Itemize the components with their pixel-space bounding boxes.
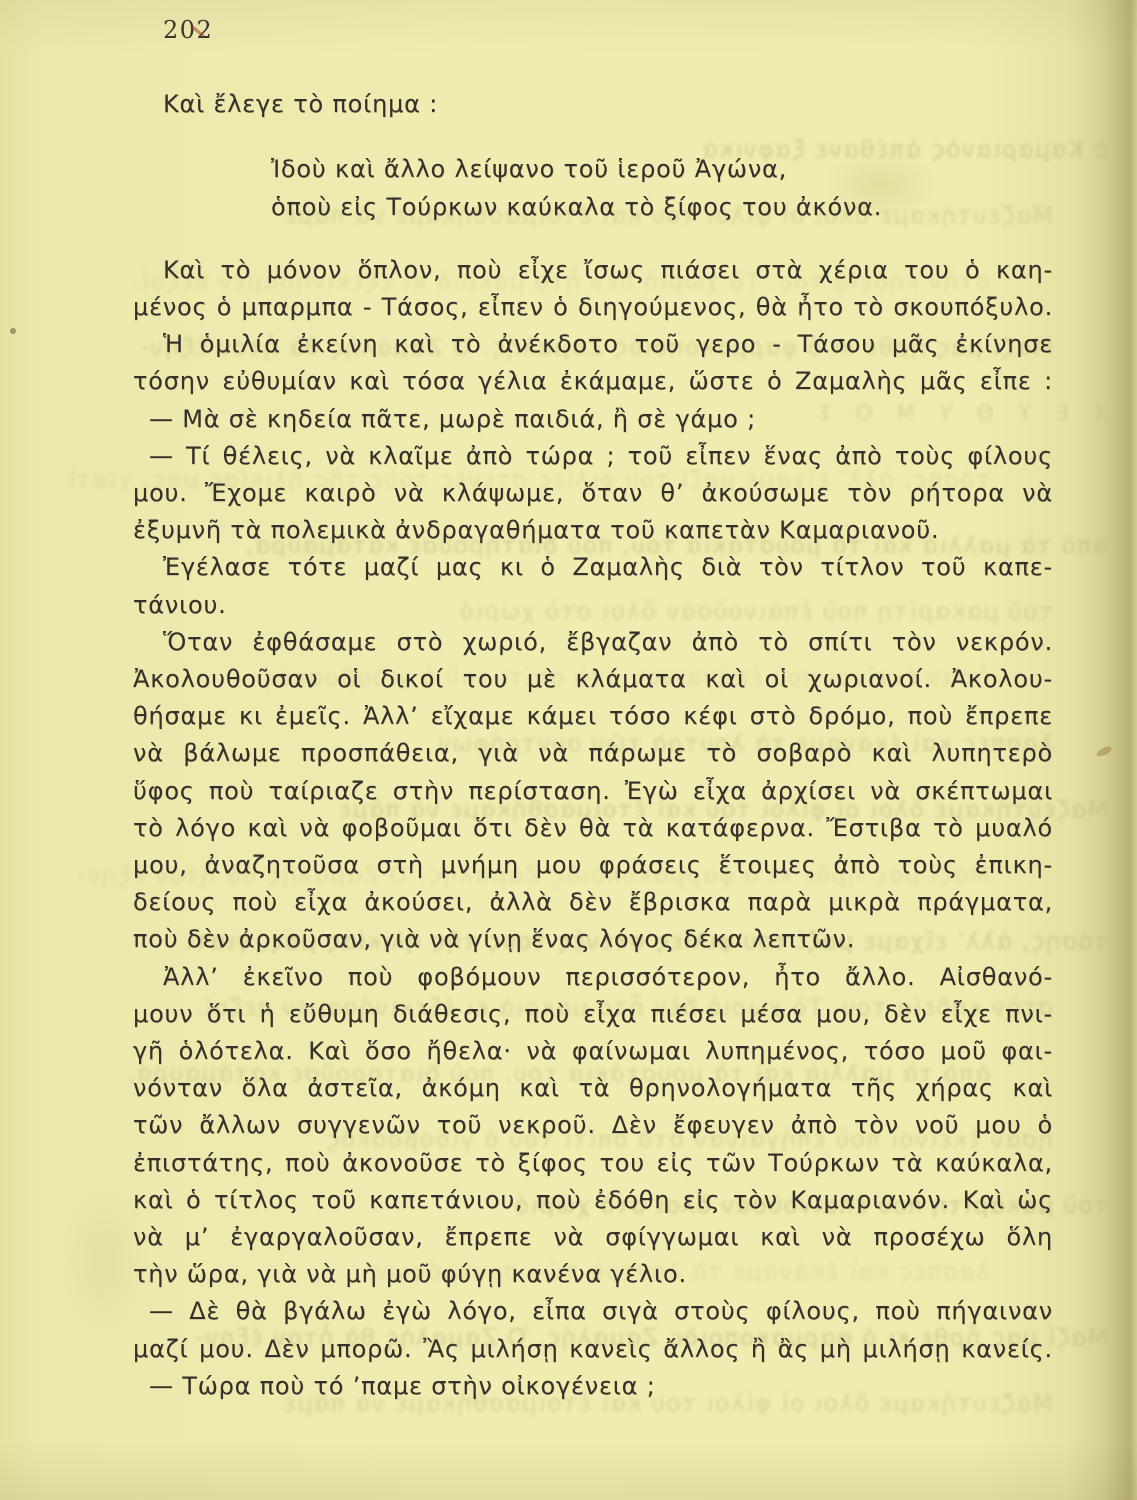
dialogue-line: — Τί θέλεις, νὰ κλαῖμε ἀπὸ τώρα ; τοῦ εἶ… (133, 438, 1053, 475)
page-text-column: Καὶ ἔλεγε τὸ ποίημα : Ἰδοὺ καὶ ἄλλο λείψ… (133, 86, 1053, 1405)
text-line: τάνιου. (133, 587, 1053, 624)
scanned-book-page: ὁ Καμαριανὸς ἀπέθανε ξαφνικά Μαζευτήκαμε… (0, 0, 1137, 1500)
text-line: τὴν ὥρα, γιὰ νὰ μὴ μοῦ φύγῃ κανένα γέλιο… (133, 1256, 1053, 1293)
text-line: Ἀκολουθοῦσαν οἱ δικοί του μὲ κλάματα καὶ… (133, 661, 1053, 698)
text-line: καὶ ὁ τίτλος τοῦ καπετάνιου, ποὺ ἐδόθη ε… (133, 1182, 1053, 1219)
text-line: μου, ἀναζητοῦσα στὴ μνήμη μου φράσεις ἕτ… (133, 847, 1053, 884)
poem-block: Ἰδοὺ καὶ ἄλλο λείψανο τοῦ ἱεροῦ Ἀγώνα, ὁ… (271, 151, 1053, 227)
text-line: τόσην εὐθυμίαν καὶ τόσα γέλια ἐκάμαμε, ὥ… (133, 363, 1053, 400)
dialogue-line: — Δὲ θὰ βγάλω ἐγὼ λόγο, εἶπα σιγὰ στοὺς … (133, 1293, 1053, 1330)
text-line: μένος ὁ μπαρμπα - Τάσος, εἶπεν ὁ διηγούμ… (133, 289, 1053, 326)
dialogue-line: — Μὰ σὲ κηδεία πᾶτε, μωρὲ παιδιά, ἢ σὲ γ… (133, 401, 1053, 438)
text-line: τὸ λόγο καὶ νὰ φοβοῦμαι ὅτι δὲν θὰ τὰ κα… (133, 810, 1053, 847)
dialogue-line: — Τώρα ποὺ τό ’παμε στὴν οἰκογένεια ; (133, 1368, 1053, 1405)
page-number: 202 (163, 16, 213, 44)
text-line: ἐπιστάτης, ποὺ ἀκονοῦσε τὸ ξίφος του εἰς… (133, 1145, 1053, 1182)
paper-stain (1095, 745, 1112, 758)
text-line: γῆ ὁλότελα. Καὶ ὅσο ἤθελα· νὰ φαίνωμαι λ… (133, 1033, 1053, 1070)
paper-stain (10, 328, 16, 334)
text-line: Καὶ τὸ μόνον ὅπλον, ποὺ εἶχε ἴσως πιάσει… (133, 252, 1053, 289)
text-line: τῶν ἄλλων συγγενῶν τοῦ νεκροῦ. Δὲν ἔφευγ… (133, 1107, 1053, 1144)
text-line: μου. Ἔχομε καιρὸ νὰ κλάψωμε, ὅταν θ’ ἀκο… (133, 475, 1053, 512)
intro-line: Καὶ ἔλεγε τὸ ποίημα : (133, 86, 1053, 123)
poem-line-1: Ἰδοὺ καὶ ἄλλο λείψανο τοῦ ἱεροῦ Ἀγώνα, (271, 151, 1053, 189)
text-line: μουν ὅτι ἡ εὔθυμη διάθεσις, ποὺ εἶχα πιέ… (133, 996, 1053, 1033)
text-line: νὰ βάλωμε προσπάθεια, γιὰ νὰ πάρωμε τὸ σ… (133, 735, 1053, 772)
text-line: δείους ποὺ εἶχα ἀκούσει, ἀλλὰ δὲν ἔβρισκ… (133, 884, 1053, 921)
text-line: Ἀλλ’ ἐκεῖνο ποὺ φοβόμουν περισσότερον, ἦ… (133, 959, 1053, 996)
text-line: μαζί μου. Δὲν μπορῶ. Ἂς μιλήσῃ κανεὶς ἄλ… (133, 1331, 1053, 1368)
text-line: ποὺ δὲν ἀρκοῦσαν, γιὰ νὰ γίνῃ ἕνας λόγος… (133, 921, 1053, 958)
poem-line-2: ὁποὺ εἰς Τούρκων καύκαλα τὸ ξίφος του ἀκ… (271, 189, 1053, 227)
text-line: νὰ μ’ ἐγαργαλοῦσαν, ἔπρεπε νὰ σφίγγωμαι … (133, 1219, 1053, 1256)
text-line: ὕφος ποὺ ταίριαζε στὴν περίσταση. Ἐγὼ εἶ… (133, 773, 1053, 810)
text-line: Ἡ ὁμιλία ἐκείνη καὶ τὸ ἀνέκδοτο τοῦ γερο… (133, 326, 1053, 363)
text-line: θήσαμε κι ἐμεῖς. Ἀλλ’ εἴχαμε κάμει τόσο … (133, 698, 1053, 735)
text-line: Ἐγέλασε τότε μαζί μας κι ὁ Ζαμαλὴς διὰ τ… (133, 549, 1053, 586)
text-line: νόνταν ὅλα ἀστεῖα, ἀκόμη καὶ τὰ θρηνολογ… (133, 1070, 1053, 1107)
text-line: ἐξυμνῆ τὰ πολεμικὰ ἀνδραγαθήματα τοῦ καπ… (133, 512, 1053, 549)
body-text: Καὶ τὸ μόνον ὅπλον, ποὺ εἶχε ἴσως πιάσει… (133, 252, 1053, 1405)
text-line: Ὅταν ἐφθάσαμε στὸ χωριό, ἔβγαζαν ἀπὸ τὸ … (133, 624, 1053, 661)
